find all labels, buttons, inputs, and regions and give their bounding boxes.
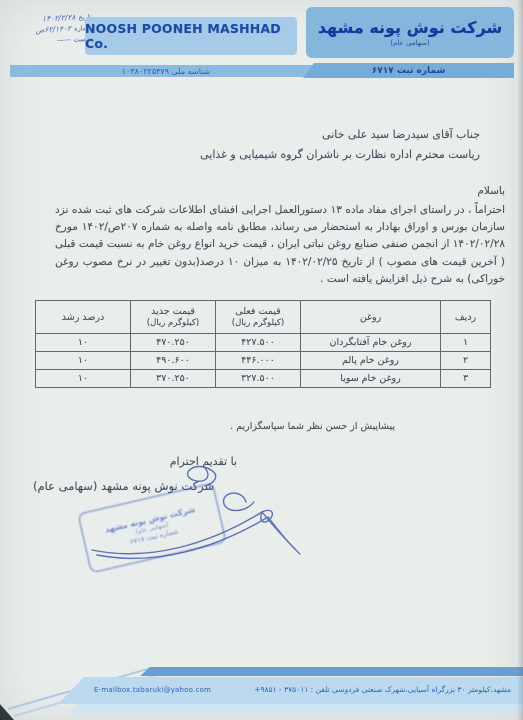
growth-percent: ۱۰ [36,334,131,352]
registration-text: شماره ثبت ۶۷۱۷ [372,66,446,76]
current-price: ۳۲۷.۵۰۰ [216,370,301,388]
national-id-bar: شناسه ملی ۱۰۳۸۰۲۲۵۴۷۹ [10,65,322,77]
company-type: (سهامی عام) [390,39,429,47]
scan-edge-shadow [517,0,523,720]
growth-percent: ۱۰ [36,370,131,388]
footer-address: مشهد،کیلومتر ۳۰ بزرگراه آسیایی،شهرک صنعت… [254,685,511,694]
closing-line: پیشاپیش از حسن نظر شما سپاسگزاریم . [230,421,395,432]
scan-corner-shadow [0,698,14,720]
current-price: ۴۲۷.۵۰۰ [216,334,301,352]
footer-accent-bar [140,667,523,676]
col-new-price-line1: قیمت جدید [151,306,195,317]
new-price: ۳۷۰.۲۵۰ [131,370,216,388]
company-logo-en: NOOSH POONEH MASHHAD Co. [85,17,297,55]
footer-bottom-band [70,704,523,713]
growth-percent: ۱۰ [36,352,131,370]
row-number: ۳ [441,370,491,388]
registration-bar: شماره ثبت ۶۷۱۷ [303,63,514,78]
col-new-price: قیمت جدید (کیلوگرم ریال) [131,301,216,334]
letter-body: احتراماً ، در راستای اجرای مفاد ماده ۱۳ … [55,202,505,288]
table-row: ۲ روغن خام پالم ۴۴۶.۰۰۰ ۴۹۰.۶۰۰ ۱۰ [36,352,491,370]
row-number: ۲ [441,352,491,370]
recipient-name: جناب آقای سیدرضا سید علی خانی [322,128,480,141]
col-new-price-line2: (کیلوگرم ریال) [131,318,215,328]
current-price: ۴۴۶.۰۰۰ [216,352,301,370]
col-row-number: ردیف [441,301,491,334]
respect-line: با تقدیم احترام [170,455,237,468]
oil-name: روغن خام پالم [301,352,441,370]
row-number: ۱ [441,334,491,352]
col-current-price-line1: قیمت فعلی [235,306,280,317]
new-price: ۴۹۰.۶۰۰ [131,352,216,370]
handwritten-block: تاریخ ۱۴۰۲/۲/۲۸ شماره ۶۲/۱۴۰۲ص پیوست ---… [5,12,93,49]
table-row: ۳ روغن خام سویا ۳۲۷.۵۰۰ ۳۷۰.۲۵۰ ۱۰ [36,370,491,388]
col-growth: درصد رشد [36,301,131,334]
oil-name: روغن خام سویا [301,370,441,388]
company-stamp: شرکت نوش پونه مشهد (سهامی عام) شماره ثبت… [77,482,227,574]
footer-email: E-mailbox.tabaruki@yahoo.com [94,686,211,694]
company-name-en: NOOSH POONEH MASHHAD Co. [85,21,297,51]
salutation: باسلام [477,185,505,197]
attachment-value: ----- [57,35,71,45]
col-current-price: قیمت فعلی (کیلوگرم ریال) [216,301,301,334]
recipient-title: ریاست محترم اداره نظارت بر ناشران گروه ش… [200,148,480,161]
oil-name: روغن خام آفتابگردان [301,334,441,352]
company-logo-fa: شرکت نوش پونه مشهد (سهامی عام) [306,7,514,58]
footer-contact-strip: مشهد،کیلومتر ۳۰ بزرگراه آسیایی،شهرک صنعت… [58,677,523,704]
new-price: ۴۷۰.۲۵۰ [131,334,216,352]
date-value: ۱۴۰۲/۲/۲۸ [42,13,76,24]
national-id-text: شناسه ملی ۱۰۳۸۰۲۲۵۴۷۹ [122,67,211,76]
table-header-row: ردیف روغن قیمت فعلی (کیلوگرم ریال) قیمت … [36,301,491,334]
col-current-price-line2: (کیلوگرم ریال) [216,318,300,328]
company-name-fa: شرکت نوش پونه مشهد [318,18,503,37]
number-value: ۶۲/۱۴۰۲ص [35,24,71,35]
scanned-letter-page: تاریخ ۱۴۰۲/۲/۲۸ شماره ۶۲/۱۴۰۲ص پیوست ---… [0,0,523,720]
table-row: ۱ روغن خام آفتابگردان ۴۲۷.۵۰۰ ۴۷۰.۲۵۰ ۱۰ [36,334,491,352]
oil-price-table: ردیف روغن قیمت فعلی (کیلوگرم ریال) قیمت … [35,300,491,388]
col-oil: روغن [301,301,441,334]
